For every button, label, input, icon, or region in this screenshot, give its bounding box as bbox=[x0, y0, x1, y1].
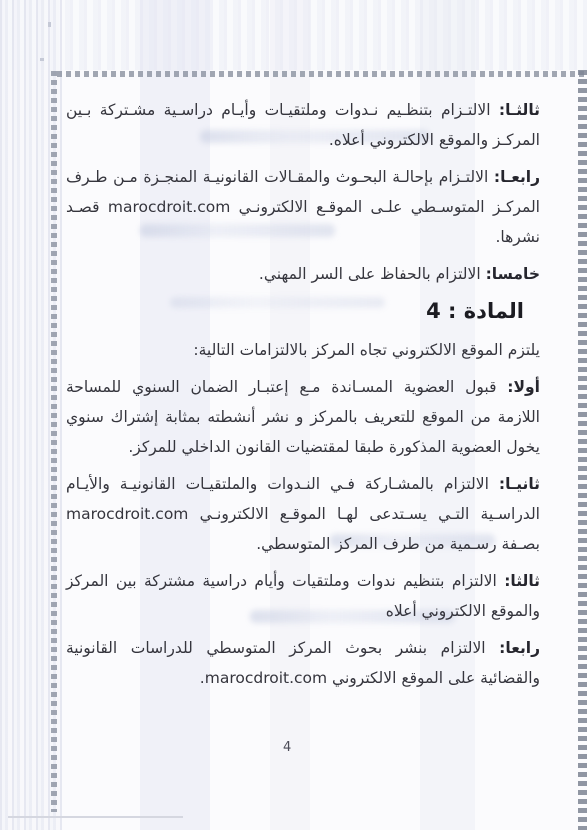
scan-border-left bbox=[51, 71, 57, 812]
scan-border-right bbox=[578, 70, 587, 830]
scanned-document-page: ثالثـا: الالتـزام بتنظـيم نـدوات وملتقيـ… bbox=[0, 0, 587, 830]
article-4-intro: يلتزم الموقع الالكتروني تجاه المركز بالا… bbox=[66, 335, 540, 365]
paragraph-khamisan: خامسا: الالتزام بالحفاظ على السر المهني. bbox=[66, 259, 540, 289]
paragraph-text: الالتزام بالمشـاركة فـي النـدوات والملتق… bbox=[66, 475, 540, 553]
paragraph-text: قبول العضوية المسـاندة مـع إعتبـار الضما… bbox=[66, 378, 540, 456]
scan-border-top bbox=[57, 71, 587, 77]
paragraph-rabian-2: رابعا: الالتزام بنشر بحوث المركز المتوسط… bbox=[66, 633, 540, 693]
scan-speck bbox=[48, 22, 51, 27]
paragraph-rabian-1: رابعـا: الالتـزام بإحالـة البحـوث والمقـ… bbox=[66, 162, 540, 252]
paragraph-lead: أولا: bbox=[507, 378, 540, 396]
paragraph-lead: ثالثـا: bbox=[499, 101, 540, 119]
scan-border-bottom bbox=[8, 816, 183, 818]
scan-noise-top bbox=[0, 0, 587, 70]
paragraph-text: الالتزام بالحفاظ على السر المهني. bbox=[259, 265, 481, 283]
paragraph-text: الالتـزام بإحالـة البحـوث والمقـالات الق… bbox=[66, 168, 540, 246]
paragraph-lead: ثانيـا: bbox=[499, 475, 540, 493]
paragraph-text: الالتـزام بتنظـيم نـدوات وملتقيـات وأيـا… bbox=[66, 101, 540, 149]
paragraph-thalithan-2: ثالثا: الالتزام بتنظيم ندوات وملتقيات وأ… bbox=[66, 566, 540, 626]
paragraph-lead: ثالثا: bbox=[504, 572, 540, 590]
paragraph-thalithan-1: ثالثـا: الالتـزام بتنظـيم نـدوات وملتقيـ… bbox=[66, 95, 540, 155]
page-number: 4 bbox=[283, 740, 291, 755]
document-body: ثالثـا: الالتـزام بتنظـيم نـدوات وملتقيـ… bbox=[66, 95, 540, 700]
paragraph-text: يلتزم الموقع الالكتروني تجاه المركز بالا… bbox=[193, 341, 540, 359]
paragraph-lead: خامسا: bbox=[486, 265, 540, 283]
paragraph-text: الالتزام بنشر بحوث المركز المتوسطي للدرا… bbox=[66, 639, 540, 687]
paragraph-thanian: ثانيـا: الالتزام بالمشـاركة فـي النـدوات… bbox=[66, 469, 540, 559]
article-4-heading: المادة : 4 bbox=[66, 296, 524, 326]
paragraph-lead: رابعـا: bbox=[494, 168, 540, 186]
paragraph-lead: رابعا: bbox=[499, 639, 540, 657]
paragraph-awwalan: أولا: قبول العضوية المسـاندة مـع إعتبـار… bbox=[66, 372, 540, 462]
paragraph-text: الالتزام بتنظيم ندوات وملتقيات وأيام درا… bbox=[66, 572, 540, 620]
scan-speck bbox=[40, 58, 44, 61]
